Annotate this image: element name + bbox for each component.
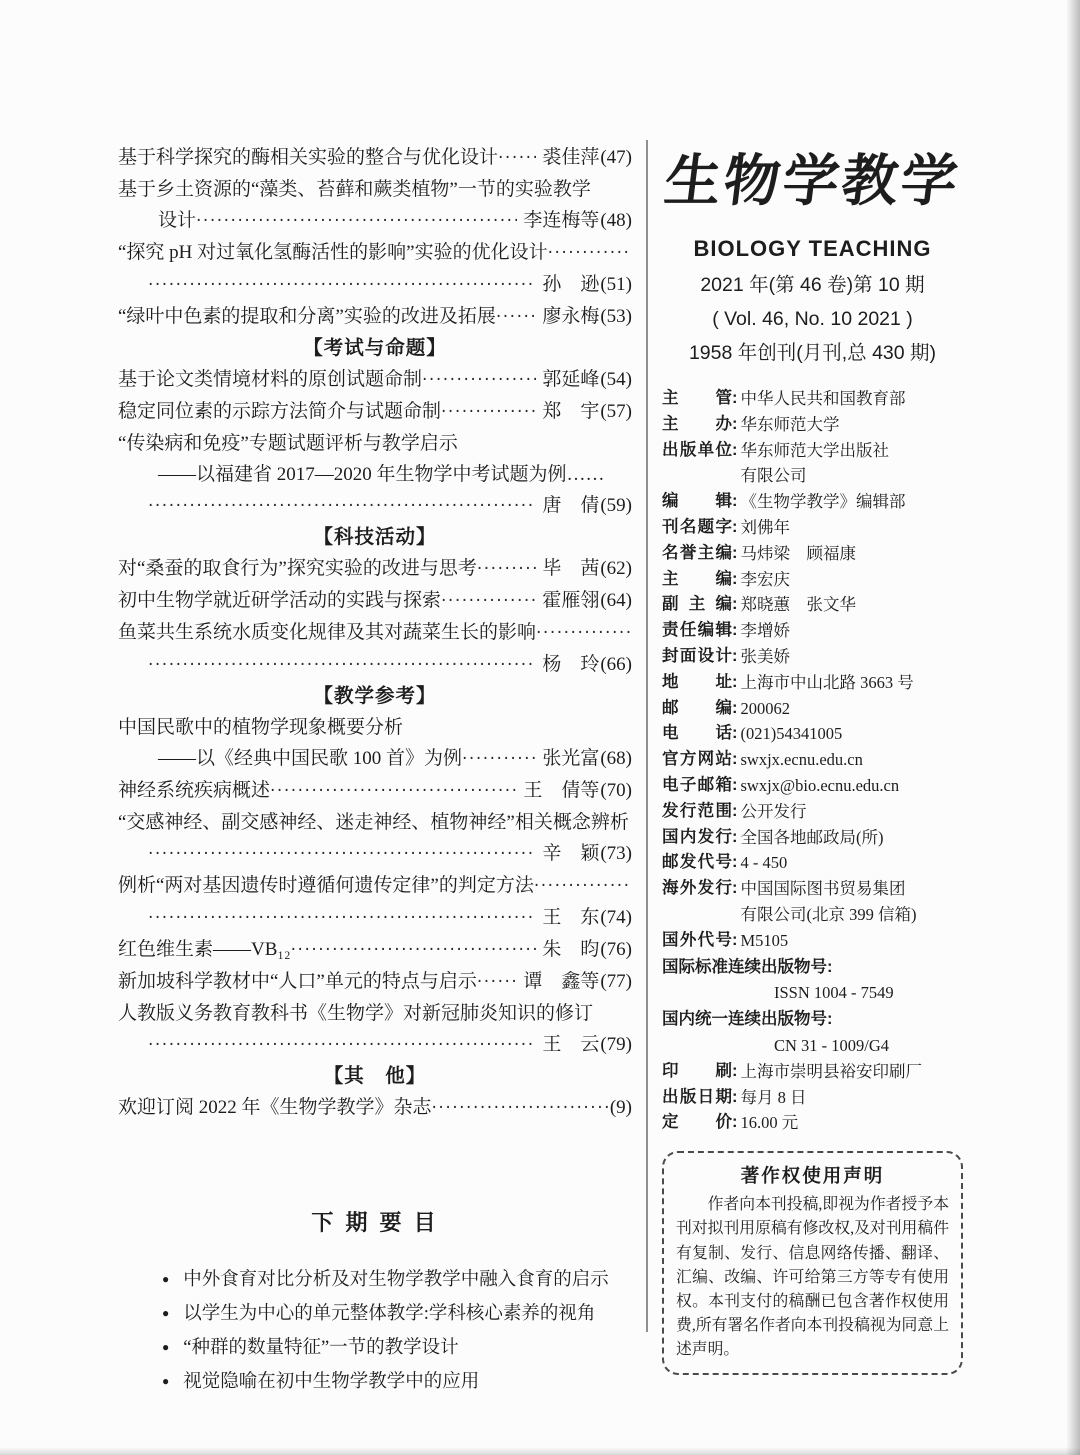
masthead-colon: : xyxy=(732,928,741,954)
masthead-value-line: (021)54341005 xyxy=(741,721,964,747)
toc-item-author: 郭延峰 xyxy=(536,364,599,395)
toc-item-page: (53) xyxy=(599,301,632,332)
masthead-row: 主管:中华人民共和国教育部 xyxy=(662,386,963,412)
toc-item-page: (54) xyxy=(599,364,632,395)
masthead-value: 中华人民共和国教育部 xyxy=(741,386,964,412)
toc-row: 新加坡科学教材中“人口”单元的特点与启示谭 鑫等(77) xyxy=(118,966,632,998)
masthead-value: 《生物学教学》编辑部 xyxy=(741,489,964,515)
toc-row: 初中生物学就近研学活动的实践与探索霍雁翎(64) xyxy=(118,585,632,617)
masthead-label: 出版日期 xyxy=(662,1085,732,1111)
toc-row: 基于论文类情境材料的原创试题命制郭延峰(54) xyxy=(118,364,632,396)
next-issue-item: ●视觉隐喻在初中生物学教学中的应用 xyxy=(162,1365,632,1399)
masthead-label: 电话 xyxy=(662,721,732,747)
masthead-row: 邮发代号:4 - 450 xyxy=(662,850,963,876)
masthead-row: 邮编:200062 xyxy=(662,696,963,722)
masthead-row: 主编:李宏庆 xyxy=(662,567,963,593)
dot-leader xyxy=(148,902,536,934)
toc-item-page: (74) xyxy=(599,902,632,933)
masthead-colon: : xyxy=(732,438,741,490)
masthead-row: 地址:上海市中山北路 3663 号 xyxy=(662,670,963,696)
toc-item-title: 基于科学探究的酶相关实验的整合与优化设计 xyxy=(118,142,498,173)
masthead-label: 出版单位 xyxy=(662,438,732,490)
toc-row: 王 东(74) xyxy=(118,902,632,934)
toc-item-author: 王 云 xyxy=(536,1029,599,1060)
dot-leader xyxy=(534,870,632,902)
masthead-row: 印刷:上海市崇明县裕安印刷厂 xyxy=(662,1059,963,1085)
next-issue-section: 下 期 要 目 ●中外食育对比分析及对生物学教学中融入食育的启示●以学生为中心的… xyxy=(118,1206,632,1399)
next-issue-item: ●“种群的数量特征”一节的教学设计 xyxy=(162,1331,632,1365)
masthead-value: ISSN 1004 - 7549 xyxy=(774,980,963,1006)
toc-row: 王 云(79) xyxy=(118,1029,632,1061)
masthead-value: (021)54341005 xyxy=(741,721,964,747)
dot-leader xyxy=(148,649,536,681)
toc-item-title: “绿叶中色素的提取和分离”实验的改进及拓展 xyxy=(118,301,496,332)
masthead-value-line: 全国各地邮政局(所) xyxy=(741,825,964,851)
masthead-colon: : xyxy=(732,1085,741,1111)
masthead-label: 主办 xyxy=(662,412,732,438)
issue-line-founded: 1958 年创刊(月刊,总 430 期) xyxy=(662,336,963,370)
toc-item-title: 人教版义务教育教科书《生物学》对新冠肺炎知识的修订 xyxy=(118,998,593,1029)
copyright-body: 作者向本刊投稿,即视为作者授予本刊对拟刊用原稿有修改权,及对刊用稿件有复制、发行… xyxy=(676,1193,949,1362)
masthead-label: 主管 xyxy=(662,386,732,412)
toc-row: 基于乡土资源的“藻类、苔藓和蕨类植物”一节的实验教学 xyxy=(118,174,632,205)
toc-item-page: (73) xyxy=(599,838,632,869)
masthead-colon: : xyxy=(732,696,741,722)
toc-row: 欢迎订阅 2022 年《生物学教学》杂志(9) xyxy=(118,1092,632,1124)
masthead-value-line: swxjx@bio.ecnu.edu.cn xyxy=(741,773,964,799)
masthead-value: 200062 xyxy=(741,696,964,722)
toc-item-author: 郑 宇 xyxy=(536,396,599,427)
toc-row: 杨 玲(66) xyxy=(118,649,632,681)
issue-line-cn: 2021 年(第 46 卷)第 10 期 xyxy=(662,268,963,302)
toc-item-author: 王 东 xyxy=(536,902,599,933)
column-divider xyxy=(646,140,648,1332)
dot-leader xyxy=(477,966,517,998)
dot-leader xyxy=(432,1092,609,1124)
toc-row: 对“桑蚕的取食行为”探究实验的改进与思考毕 茜(62) xyxy=(118,553,632,585)
masthead-colon: : xyxy=(732,773,741,799)
masthead-label: 电子邮箱 xyxy=(662,773,732,799)
masthead-label: 编辑 xyxy=(662,489,732,515)
masthead-value: 马炜梁 顾福康 xyxy=(741,541,964,567)
next-issue-title: 下 期 要 目 xyxy=(118,1206,632,1237)
toc-item-title: 基于论文类情境材料的原创试题命制 xyxy=(118,364,422,395)
masthead-value-line: 华东师范大学出版社 xyxy=(741,438,964,464)
toc-item-author: 唐 倩 xyxy=(536,490,599,521)
masthead-row: 电子邮箱:swxjx@bio.ecnu.edu.cn xyxy=(662,773,963,799)
toc-list: 基于科学探究的酶相关实验的整合与优化设计裘佳萍(47)基于乡土资源的“藻类、苔藓… xyxy=(118,142,632,1124)
next-issue-item-text: “种群的数量特征”一节的教学设计 xyxy=(183,1338,458,1358)
issue-info: 2021 年(第 46 卷)第 10 期 ( Vol. 46, No. 10 2… xyxy=(662,268,963,370)
masthead-value-line: 马炜梁 顾福康 xyxy=(741,541,964,567)
masthead-colon: : xyxy=(732,1110,741,1136)
masthead-value-line: 华东师范大学 xyxy=(741,412,964,438)
masthead-colon: : xyxy=(732,1059,741,1085)
masthead-colon: : xyxy=(732,515,741,541)
masthead-row: 封面设计:张美娇 xyxy=(662,644,963,670)
masthead-colon: : xyxy=(732,670,741,696)
masthead-row: 副主编:郑晓蕙 张文华 xyxy=(662,592,963,618)
masthead-row: 刊名题字:刘佛年 xyxy=(662,515,963,541)
masthead-colon: : xyxy=(732,876,741,928)
dot-leader xyxy=(270,775,517,807)
masthead-label: 邮发代号 xyxy=(662,850,732,876)
dot-leader xyxy=(462,743,536,775)
masthead-label: 责任编辑 xyxy=(662,618,732,644)
masthead-value-line: 上海市中山北路 3663 号 xyxy=(741,670,964,696)
next-issue-item: ●以学生为中心的单元整体教学:学科核心素养的视角 xyxy=(162,1297,632,1331)
bullet-icon: ● xyxy=(162,1365,169,1398)
toc-item-title: 基于乡土资源的“藻类、苔藓和蕨类植物”一节的实验教学 xyxy=(118,174,591,205)
toc-item-title: 对“桑蚕的取食行为”探究实验的改进与思考 xyxy=(118,553,477,584)
masthead-row: 编辑:《生物学教学》编辑部 xyxy=(662,489,963,515)
toc-item-title: 鱼菜共生系统水质变化规律及其对蔬菜生长的影响 xyxy=(118,617,536,648)
toc-item-title: 神经系统疾病概述 xyxy=(118,775,270,806)
masthead-value-line2: 有限公司 xyxy=(741,463,964,489)
toc-item-author: 杨 玲 xyxy=(536,649,599,680)
toc-item-title: 新加坡科学教材中“人口”单元的特点与启示 xyxy=(118,966,477,997)
toc-section-header: 【教学参考】 xyxy=(118,681,632,712)
masthead-colon: : xyxy=(732,541,741,567)
masthead-value: 李增娇 xyxy=(741,618,964,644)
toc-item-page: (51) xyxy=(599,269,632,300)
toc-item-page: (76) xyxy=(599,934,632,965)
toc-item-author: 李连梅等 xyxy=(517,205,599,236)
toc-item-page: (79) xyxy=(599,1029,632,1060)
masthead-colon: : xyxy=(732,721,741,747)
toc-item-author: 谭 鑫等 xyxy=(517,966,599,997)
next-issue-item-text: 视觉隐喻在初中生物学教学中的应用 xyxy=(183,1372,479,1392)
toc-item-title: 中国民歌中的植物学现象概要分析 xyxy=(118,712,403,743)
masthead-row: 海外发行:中国国际图书贸易集团有限公司(北京 399 信箱) xyxy=(662,876,963,928)
dot-leader xyxy=(148,1029,536,1061)
masthead-value: 华东师范大学出版社有限公司 xyxy=(741,438,964,490)
masthead-value: 16.00 元 xyxy=(741,1110,964,1136)
masthead-colon: : xyxy=(732,592,741,618)
toc-item-page: (64) xyxy=(599,585,632,616)
masthead-colon: : xyxy=(732,825,741,851)
masthead-colon: : xyxy=(732,567,741,593)
masthead-label: 印刷 xyxy=(662,1059,732,1085)
dot-leader xyxy=(148,838,536,870)
dot-leader xyxy=(477,553,536,585)
toc-item-title: ——以《经典中国民歌 100 首》为例 xyxy=(158,743,462,774)
masthead-value-line: 每月 8 日 xyxy=(741,1085,964,1111)
toc-row: 鱼菜共生系统水质变化规律及其对蔬菜生长的影响 xyxy=(118,617,632,649)
bullet-icon: ● xyxy=(162,1331,169,1364)
masthead-colon: : xyxy=(732,618,741,644)
next-issue-item-text: 中外食育对比分析及对生物学教学中融入食育的启示 xyxy=(183,1270,609,1290)
toc-row: “绿叶中色素的提取和分离”实验的改进及拓展廖永梅(53) xyxy=(118,301,632,333)
masthead-label: 邮编 xyxy=(662,696,732,722)
toc-item-author: 孙 逊 xyxy=(536,269,599,300)
masthead-row: 名誉主编:马炜梁 顾福康 xyxy=(662,541,963,567)
dot-leader xyxy=(291,934,537,966)
next-issue-item-text: 以学生为中心的单元整体教学:学科核心素养的视角 xyxy=(183,1304,595,1324)
masthead-value-line: 李宏庆 xyxy=(741,567,964,593)
masthead-value-line: M5105 xyxy=(741,928,964,954)
dot-leader xyxy=(196,205,517,237)
masthead-colon: : xyxy=(732,412,741,438)
dot-leader xyxy=(441,585,536,617)
masthead-row: 国内统一连续出版物号:CN 31 - 1009/G4 xyxy=(662,1006,963,1059)
masthead-value: 上海市崇明县裕安印刷厂 xyxy=(741,1059,964,1085)
masthead-value-line: 中华人民共和国教育部 xyxy=(741,386,964,412)
toc-row: 稳定同位素的示踪方法简介与试题命制郑 宇(57) xyxy=(118,396,632,428)
toc-item-page: (62) xyxy=(599,553,632,584)
toc-item-author: 王 倩等 xyxy=(517,775,599,806)
masthead-value-line: 上海市崇明县裕安印刷厂 xyxy=(741,1059,964,1085)
masthead-label: 发行范围 xyxy=(662,799,732,825)
masthead-row: 电话:(021)54341005 xyxy=(662,721,963,747)
masthead-value: 张美娇 xyxy=(741,644,964,670)
masthead-label: 国外代号 xyxy=(662,928,732,954)
masthead-label: 地址 xyxy=(662,670,732,696)
masthead-value-line2: 有限公司(北京 399 信箱) xyxy=(741,902,964,928)
masthead-row: 主办:华东师范大学 xyxy=(662,412,963,438)
journal-title-cn: 生物学教学 xyxy=(657,142,968,222)
masthead-value: swxjx@bio.ecnu.edu.cn xyxy=(741,773,964,799)
toc-item-author: 霍雁翎 xyxy=(536,585,599,616)
toc-item-title: 稳定同位素的示踪方法简介与试题命制 xyxy=(118,396,441,427)
masthead-value: 郑晓蕙 张文华 xyxy=(741,592,964,618)
toc-item-title: 欢迎订阅 2022 年《生物学教学》杂志 xyxy=(118,1092,432,1123)
toc-item-page: (66) xyxy=(599,649,632,680)
journal-title-en: BIOLOGY TEACHING xyxy=(662,236,963,262)
toc-item-page: (57) xyxy=(599,396,632,427)
toc-item-author: 辛 颖 xyxy=(536,838,599,869)
masthead-row: 国外代号:M5105 xyxy=(662,928,963,954)
masthead-label: 海外发行 xyxy=(662,876,732,928)
masthead-row: 定价:16.00 元 xyxy=(662,1110,963,1136)
masthead-value: CN 31 - 1009/G4 xyxy=(774,1033,963,1059)
dot-leader xyxy=(498,142,536,174)
toc-item-title: 例析“两对基因遗传时遵循何遗传定律”的判定方法 xyxy=(118,870,534,901)
toc-item-title: “交感神经、副交感神经、迷走神经、植物神经”相关概念辨析 xyxy=(118,807,629,838)
toc-item-page: (59) xyxy=(599,490,632,521)
copyright-title: 著作权使用声明 xyxy=(676,1162,949,1188)
masthead-value: 4 - 450 xyxy=(741,850,964,876)
toc-item-page: (77) xyxy=(599,966,632,997)
toc-item-author: 毕 茜 xyxy=(536,553,599,584)
masthead-colon: : xyxy=(732,747,741,773)
dot-leader xyxy=(148,269,536,301)
masthead-label: 国内发行 xyxy=(662,825,732,851)
toc-item-page: (9) xyxy=(609,1092,632,1123)
toc-section-header: 【科技活动】 xyxy=(118,522,632,553)
masthead-column: 生物学教学 BIOLOGY TEACHING 2021 年(第 46 卷)第 1… xyxy=(662,142,963,1375)
masthead-row: 责任编辑:李增娇 xyxy=(662,618,963,644)
masthead-label: 定价 xyxy=(662,1110,732,1136)
masthead-value: 刘佛年 xyxy=(741,515,964,541)
scan-edge-right xyxy=(1066,0,1080,1455)
masthead-label: 名誉主编 xyxy=(662,541,732,567)
dot-leader xyxy=(536,617,632,649)
masthead-value: 上海市中山北路 3663 号 xyxy=(741,670,964,696)
toc-row: 红色维生素——VB₁₂朱 昀(76) xyxy=(118,934,632,966)
toc-row: “交感神经、副交感神经、迷走神经、植物神经”相关概念辨析 xyxy=(118,807,632,838)
toc-item-page: (70) xyxy=(599,775,632,806)
scan-edge-bottom xyxy=(0,1447,1080,1455)
toc-row: 孙 逊(51) xyxy=(118,269,632,301)
masthead-value-line: 4 - 450 xyxy=(741,850,964,876)
next-issue-item: ●中外食育对比分析及对生物学教学中融入食育的启示 xyxy=(162,1263,632,1297)
toc-row: 神经系统疾病概述王 倩等(70) xyxy=(118,775,632,807)
toc-column: 基于科学探究的酶相关实验的整合与优化设计裘佳萍(47)基于乡土资源的“藻类、苔藓… xyxy=(118,142,632,1399)
toc-item-page: (48) xyxy=(599,205,632,236)
toc-section-header: 【其 他】 xyxy=(118,1061,632,1092)
masthead-row: 出版日期:每月 8 日 xyxy=(662,1085,963,1111)
toc-row: 设计李连梅等(48) xyxy=(118,205,632,237)
toc-item-title: 初中生物学就近研学活动的实践与探索 xyxy=(118,585,441,616)
masthead-value: 全国各地邮政局(所) xyxy=(741,825,964,851)
toc-item-page: (47) xyxy=(599,142,632,173)
masthead-row: 官方网站:swxjx.ecnu.edu.cn xyxy=(662,747,963,773)
masthead-label: 刊名题字 xyxy=(662,515,732,541)
masthead-row: 国内发行:全国各地邮政局(所) xyxy=(662,825,963,851)
masthead-value: 李宏庆 xyxy=(741,567,964,593)
toc-row: 辛 颖(73) xyxy=(118,838,632,870)
next-issue-list: ●中外食育对比分析及对生物学教学中融入食育的启示●以学生为中心的单元整体教学:学… xyxy=(118,1263,632,1399)
toc-item-author: 廖永梅 xyxy=(536,301,599,332)
dot-leader xyxy=(496,301,536,333)
masthead-value-line: 张美娇 xyxy=(741,644,964,670)
toc-item-author: 朱 昀 xyxy=(536,934,599,965)
masthead-label: 副主编 xyxy=(662,592,732,618)
masthead-row: 国际标准连续出版物号:ISSN 1004 - 7549 xyxy=(662,954,963,1007)
masthead-label: 国际标准连续出版物号: xyxy=(662,958,833,976)
masthead-info: 主管:中华人民共和国教育部主办:华东师范大学出版单位:华东师范大学出版社有限公司… xyxy=(662,386,963,1136)
toc-row: “传染病和免疫”专题试题评析与教学启示 xyxy=(118,428,632,459)
masthead-value: M5105 xyxy=(741,928,964,954)
toc-item-title: “传染病和免疫”专题试题评析与教学启示 xyxy=(118,428,458,459)
masthead-value-line: 中国国际图书贸易集团 xyxy=(741,876,964,902)
toc-item-title: 设计 xyxy=(158,205,196,236)
toc-item-title: ——以福建省 2017—2020 年生物学中考试题为例…… xyxy=(158,459,605,490)
dot-leader xyxy=(548,237,632,269)
masthead-label: 国内统一连续出版物号: xyxy=(662,1010,833,1028)
masthead-value-line: 《生物学教学》编辑部 xyxy=(741,489,964,515)
toc-row: ——以《经典中国民歌 100 首》为例张光富(68) xyxy=(118,743,632,775)
toc-row: 唐 倩(59) xyxy=(118,490,632,522)
bullet-icon: ● xyxy=(162,1297,169,1330)
masthead-value-line: swxjx.ecnu.edu.cn xyxy=(741,747,964,773)
masthead-value-line: 郑晓蕙 张文华 xyxy=(741,592,964,618)
masthead-colon: : xyxy=(732,489,741,515)
masthead-value-line: 刘佛年 xyxy=(741,515,964,541)
toc-item-author: 裘佳萍 xyxy=(536,142,599,173)
journal-contents-page: 基于科学探究的酶相关实验的整合与优化设计裘佳萍(47)基于乡土资源的“藻类、苔藓… xyxy=(0,0,1080,1455)
bullet-icon: ● xyxy=(162,1263,169,1296)
issue-line-en: ( Vol. 46, No. 10 2021 ) xyxy=(662,302,963,336)
masthead-value-line: 16.00 元 xyxy=(741,1110,964,1136)
copyright-box: 著作权使用声明 作者向本刊投稿,即视为作者授予本刊对拟刊用原稿有修改权,及对刊用… xyxy=(662,1151,963,1374)
masthead-value-line: 李增娇 xyxy=(741,618,964,644)
toc-row: ——以福建省 2017—2020 年生物学中考试题为例…… xyxy=(118,459,632,490)
toc-section-header: 【考试与命题】 xyxy=(118,333,632,364)
masthead-value: 每月 8 日 xyxy=(741,1085,964,1111)
masthead-value: 公开发行 xyxy=(741,799,964,825)
masthead-label: 主编 xyxy=(662,567,732,593)
masthead-label: 封面设计 xyxy=(662,644,732,670)
masthead-label: 官方网站 xyxy=(662,747,732,773)
masthead-colon: : xyxy=(732,386,741,412)
masthead-row: 出版单位:华东师范大学出版社有限公司 xyxy=(662,438,963,490)
masthead-colon: : xyxy=(732,644,741,670)
toc-row: 中国民歌中的植物学现象概要分析 xyxy=(118,712,632,743)
dot-leader xyxy=(422,364,536,396)
toc-row: 基于科学探究的酶相关实验的整合与优化设计裘佳萍(47) xyxy=(118,142,632,174)
masthead-row: 发行范围:公开发行 xyxy=(662,799,963,825)
dot-leader xyxy=(441,396,536,428)
masthead-value: 华东师范大学 xyxy=(741,412,964,438)
masthead-colon: : xyxy=(732,850,741,876)
masthead-colon: : xyxy=(732,799,741,825)
toc-item-title: 红色维生素——VB₁₂ xyxy=(118,934,291,965)
masthead-value-line: 公开发行 xyxy=(741,799,964,825)
toc-row: “探究 pH 对过氧化氢酶活性的影响”实验的优化设计 xyxy=(118,237,632,269)
toc-row: 例析“两对基因遗传时遵循何遗传定律”的判定方法 xyxy=(118,870,632,902)
masthead-value: 中国国际图书贸易集团有限公司(北京 399 信箱) xyxy=(741,876,964,928)
toc-item-author: 张光富 xyxy=(536,743,599,774)
masthead-value: swxjx.ecnu.edu.cn xyxy=(741,747,964,773)
masthead-value-line: 200062 xyxy=(741,696,964,722)
toc-item-page: (68) xyxy=(599,743,632,774)
toc-row: 人教版义务教育教科书《生物学》对新冠肺炎知识的修订 xyxy=(118,998,632,1029)
toc-item-title: “探究 pH 对过氧化氢酶活性的影响”实验的优化设计 xyxy=(118,237,548,268)
dot-leader xyxy=(148,490,536,522)
